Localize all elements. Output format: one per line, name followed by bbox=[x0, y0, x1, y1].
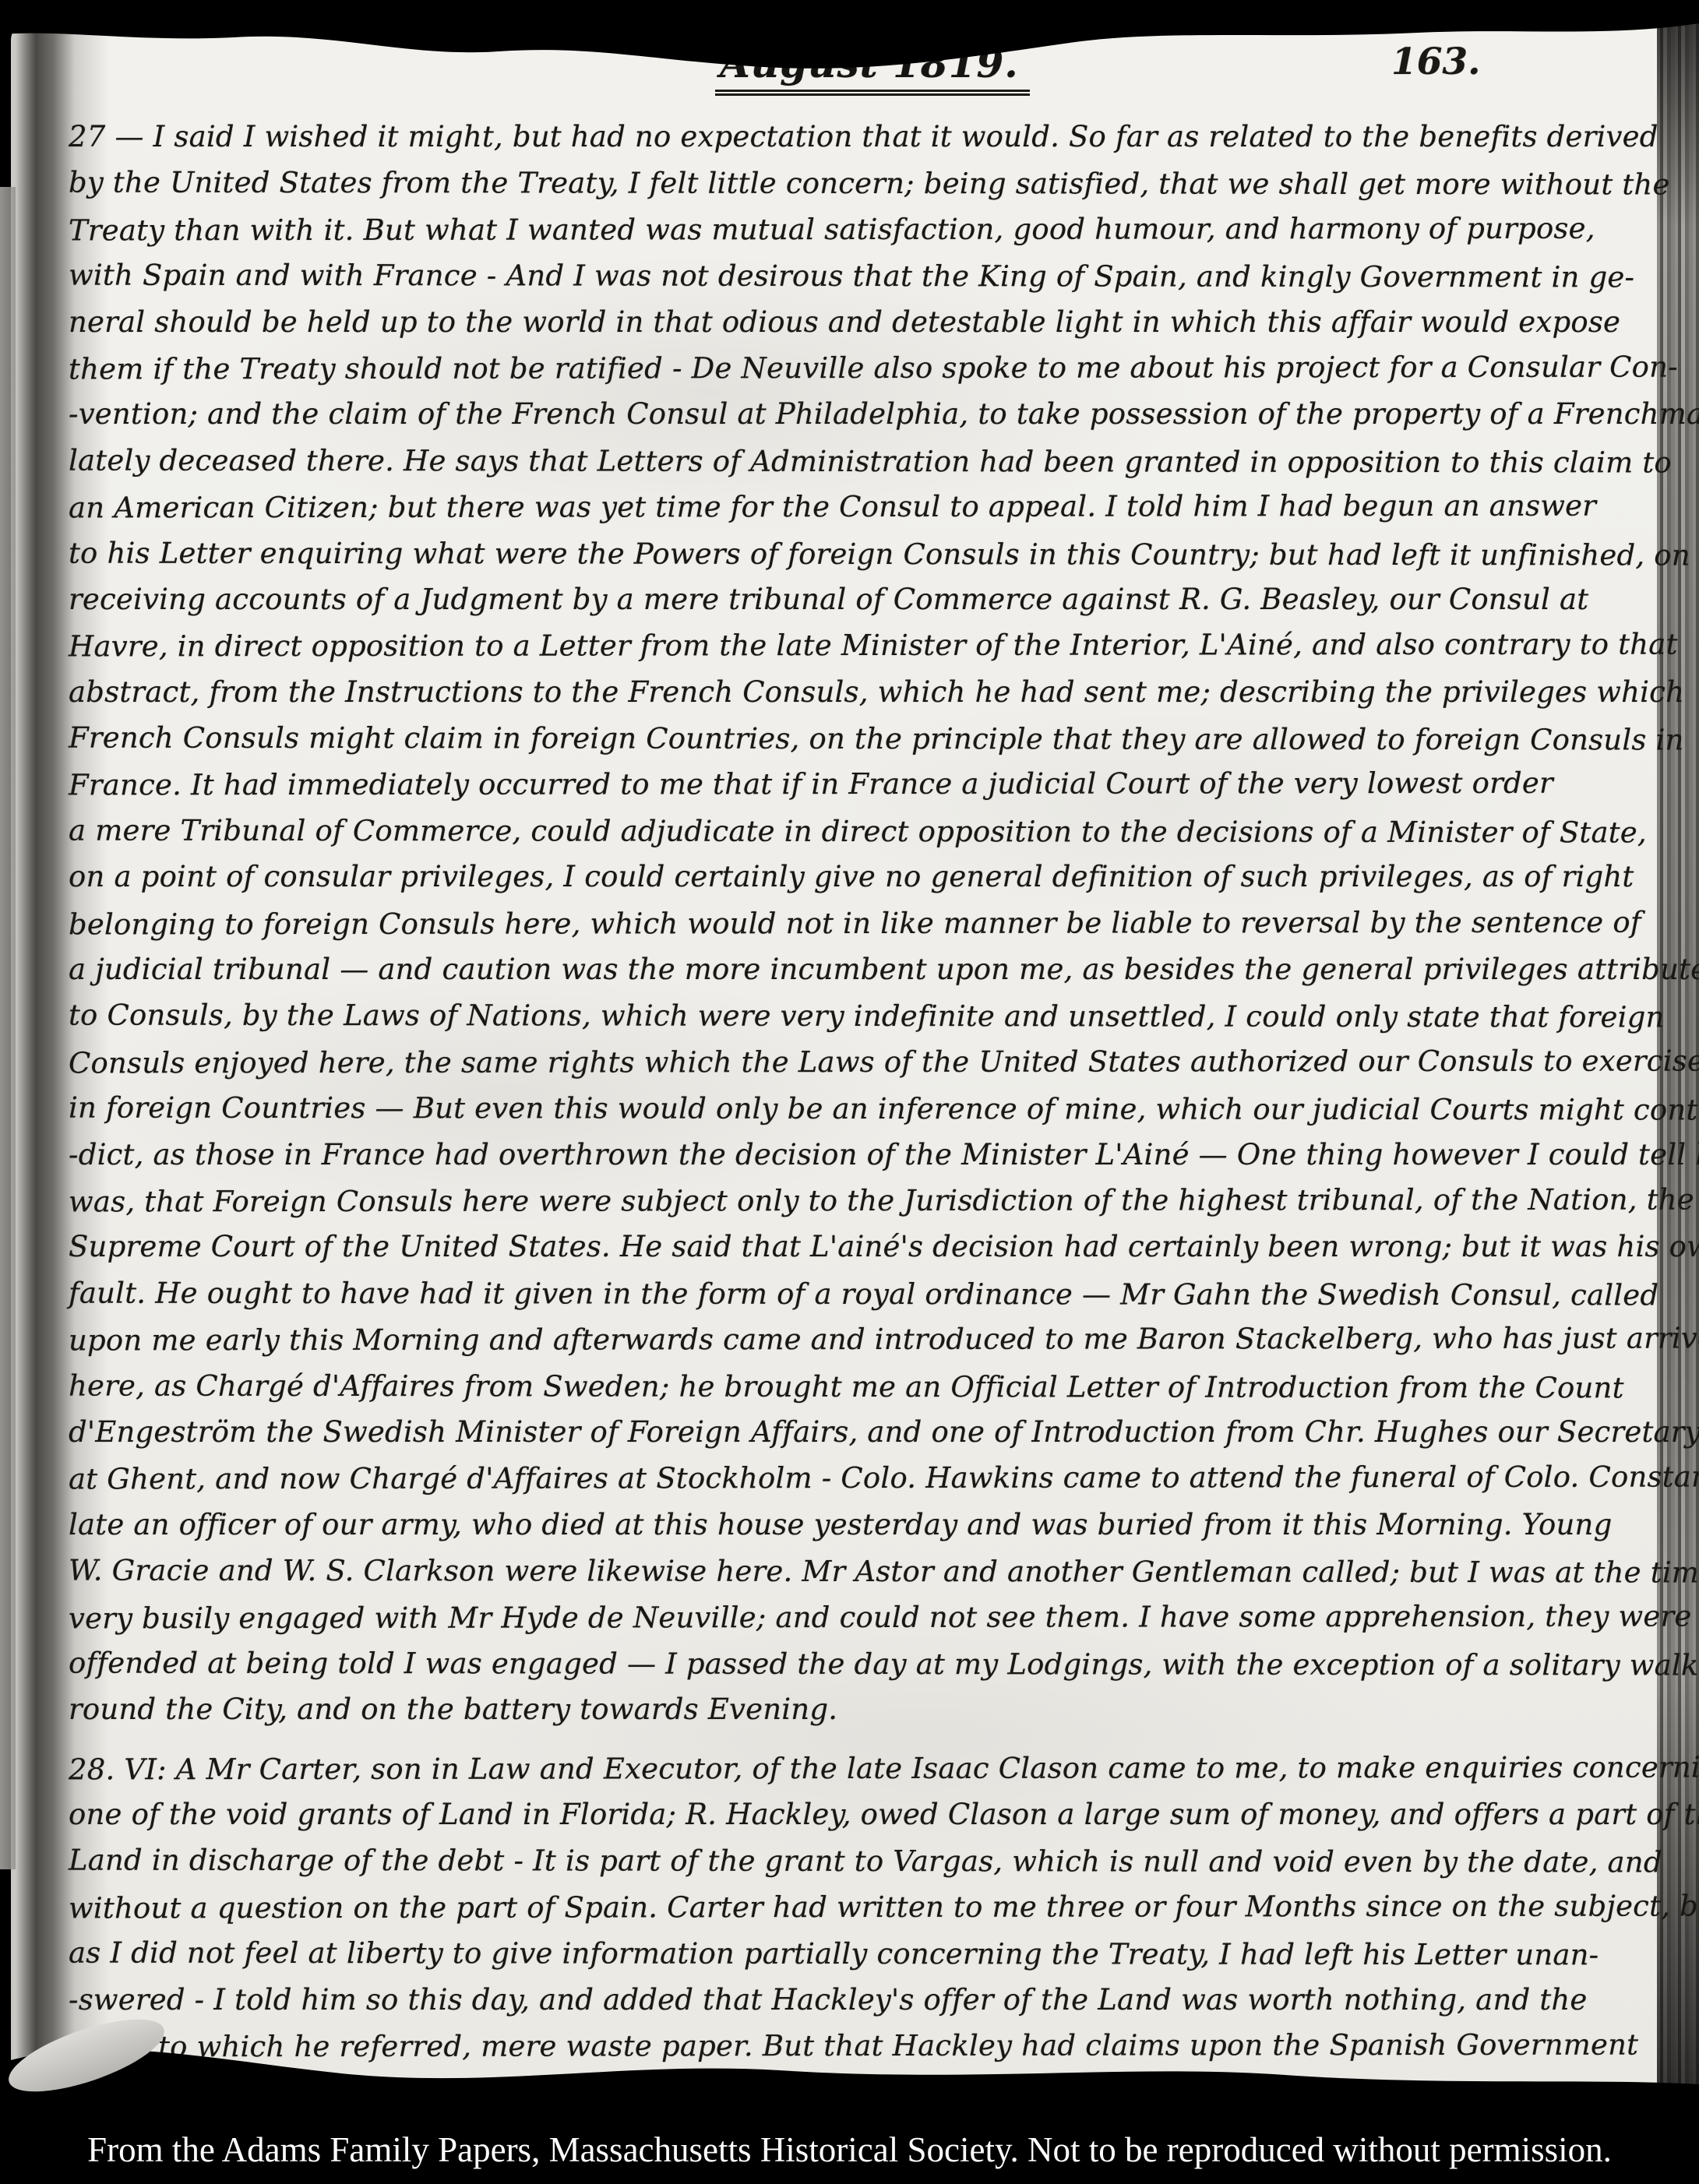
manuscript-photo: August 1819. 163. 27 — I said I wished i… bbox=[0, 0, 1699, 2184]
manuscript-line: fault. He ought to have had it given in … bbox=[69, 1270, 1662, 1318]
manuscript-line: them if the Treaty should not be ratifie… bbox=[69, 344, 1662, 393]
manuscript-line: W. Gracie and W. S. Clarkson were likewi… bbox=[69, 1548, 1662, 1596]
manuscript-line: round the City, and on the battery towar… bbox=[69, 1686, 1662, 1732]
manuscript-line: a mere Tribunal of Commerce, could adjud… bbox=[69, 807, 1662, 855]
manuscript-line: late an officer of our army, who died at… bbox=[69, 1502, 1662, 1548]
manuscript-line: abstract, from the Instructions to the F… bbox=[69, 669, 1662, 715]
manuscript-line: Treaty than with it. But what I wanted w… bbox=[69, 205, 1662, 253]
manuscript-line: -dict, as those in France had overthrown… bbox=[69, 1132, 1662, 1178]
manuscript-line: by the United States from the Treaty, I … bbox=[69, 160, 1662, 208]
manuscript-line: Supreme Court of the United States. He s… bbox=[69, 1224, 1662, 1270]
photo-border-top bbox=[0, 0, 1699, 101]
manuscript-line: in foreign Countries — But even this wou… bbox=[69, 1085, 1662, 1133]
manuscript-line: French Consuls might claim in foreign Co… bbox=[69, 715, 1662, 763]
manuscript-line: on a point of consular privileges, I cou… bbox=[69, 854, 1662, 900]
manuscript-line: to his Letter enquiring what were the Po… bbox=[69, 530, 1662, 578]
manuscript-line: belonging to foreign Consuls here, which… bbox=[69, 899, 1662, 947]
manuscript-line: to Consuls, by the Laws of Nations, whic… bbox=[69, 992, 1662, 1041]
manuscript-line: Consuls enjoyed here, the same rights wh… bbox=[69, 1037, 1662, 1086]
manuscript-line: at Ghent, and now Chargé d'Affaires at S… bbox=[69, 1454, 1662, 1502]
manuscript-line: here, as Chargé d'Affaires from Sweden; … bbox=[69, 1362, 1662, 1411]
manuscript-line: 28. VI: A Mr Carter, son in Law and Exec… bbox=[69, 1744, 1662, 1792]
manuscript-line: receiving accounts of a Judgment by a me… bbox=[69, 576, 1662, 622]
manuscript-line: France. It had immediately occurred to m… bbox=[69, 760, 1662, 808]
manuscript-line: with Spain and with France - And I was n… bbox=[69, 252, 1662, 301]
manuscript-line: one of the void grants of Land in Florid… bbox=[69, 1791, 1662, 1837]
archive-caption: From the Adams Family Papers, Massachuse… bbox=[0, 2129, 1699, 2170]
manuscript-line: as I did not feel at liberty to give inf… bbox=[69, 1930, 1662, 1978]
manuscript-line: lately deceased there. He says that Lett… bbox=[69, 437, 1662, 485]
manuscript-line: a judicial tribunal — and caution was th… bbox=[69, 946, 1662, 992]
manuscript-line: d'Engeström the Swedish Minister of Fore… bbox=[69, 1409, 1662, 1455]
manuscript-line: -swered - I told him so this day, and ad… bbox=[69, 1977, 1662, 2023]
manuscript-body: 27 — I said I wished it might, but had n… bbox=[69, 114, 1662, 2069]
manuscript-line: 27 — I said I wished it might, but had n… bbox=[69, 114, 1662, 160]
manuscript-line: without a question on the part of Spain.… bbox=[69, 1883, 1662, 1931]
manuscript-line: Havre, in direct opposition to a Letter … bbox=[69, 622, 1662, 670]
manuscript-line: was, that Foreign Consuls here were subj… bbox=[69, 1177, 1662, 1225]
manuscript-line: an American Citizen; but there was yet t… bbox=[69, 483, 1662, 531]
manuscript-line: -vention; and the claim of the French Co… bbox=[69, 391, 1662, 437]
manuscript-line: neral should be held up to the world in … bbox=[69, 299, 1662, 345]
facing-page-edge bbox=[0, 187, 16, 1869]
manuscript-line: offended at being told I was engaged — I… bbox=[69, 1640, 1662, 1688]
manuscript-line: very busily engaged with Mr Hyde de Neuv… bbox=[69, 1593, 1662, 1641]
manuscript-line: upon me early this Morning and afterward… bbox=[69, 1316, 1662, 1364]
manuscript-line: Land in discharge of the debt - It is pa… bbox=[69, 1837, 1662, 1886]
